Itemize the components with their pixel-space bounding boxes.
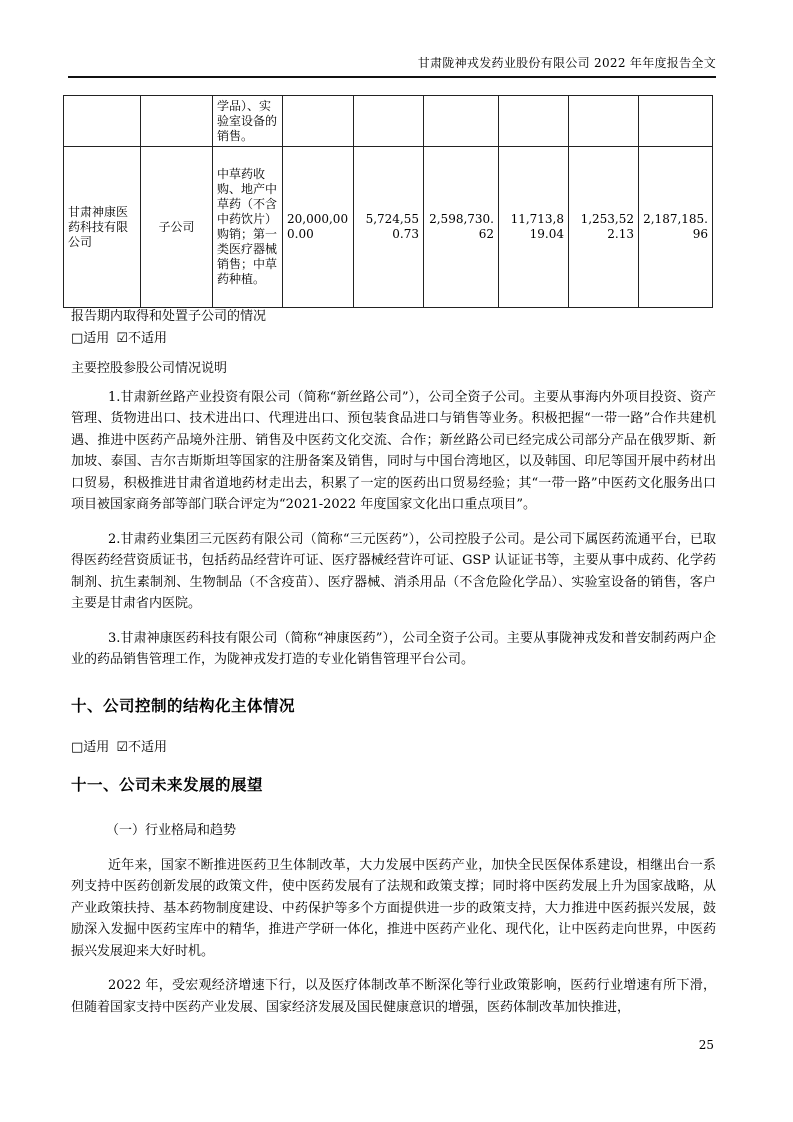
subsidiary-name-cell: 甘肃神康医药科技有限公司 bbox=[64, 147, 141, 308]
applicability-line-subsidiaries: □适用☑不适用 bbox=[71, 328, 716, 350]
numeric-cell-6: 2,187,185.96 bbox=[639, 147, 713, 308]
section-11-subtitle: （一）行业格局和趋势 bbox=[71, 820, 716, 842]
checkbox-checked-icon: ☑ bbox=[116, 331, 128, 346]
numeric-cell-5 bbox=[569, 96, 639, 147]
numeric-cell-1: 20,000,000.00 bbox=[283, 147, 354, 308]
not-applicable-label: 不适用 bbox=[128, 331, 167, 346]
checkbox-checked-icon: ☑ bbox=[116, 740, 128, 755]
numeric-cell-2: 5,724,550.73 bbox=[354, 147, 424, 308]
paragraph-2022-outlook: 2022 年，受宏观经济增速下行，以及医疗体制改革不断深化等行业政策影响，医药行… bbox=[71, 975, 716, 1018]
numeric-cell-1 bbox=[283, 96, 354, 147]
page-number: 25 bbox=[699, 1038, 714, 1052]
checkbox-unchecked-icon: □ bbox=[71, 331, 83, 346]
numeric-cell-2 bbox=[354, 96, 424, 147]
numeric-cell-6 bbox=[639, 96, 713, 147]
subsidiaries-table: 学品）、实验室设备的销售。 甘肃神康医药科技有限公司 子公司 中草药收购、地产中… bbox=[63, 95, 713, 308]
paragraph-subsidiary-2: 2.甘肃药业集团三元医药有限公司（简称“三元医药”），公司控股子公司。是公司下属… bbox=[71, 529, 716, 615]
numeric-cell-5: 1,253,522.13 bbox=[569, 147, 639, 308]
report-title: 甘肃陇神戎发药业股份有限公司 2022 年年度报告全文 bbox=[418, 56, 716, 70]
numeric-cell-4 bbox=[499, 96, 569, 147]
table-row-subsidiary: 甘肃神康医药科技有限公司 子公司 中草药收购、地产中草药（不含中药饮片）购销；第… bbox=[64, 147, 713, 308]
applicable-label: 适用 bbox=[83, 740, 109, 755]
document-body: 报告期内取得和处置子公司的情况 □适用☑不适用 主要控股参股公司情况说明 1.甘… bbox=[71, 306, 716, 1018]
applicable-label: 适用 bbox=[83, 331, 109, 346]
business-scope-cell: 学品）、实验室设备的销售。 bbox=[213, 96, 283, 147]
report-page: 甘肃陇神戎发药业股份有限公司 2022 年年度报告全文 学品）、实验室设备的销售… bbox=[0, 0, 793, 1122]
checkbox-unchecked-icon: □ bbox=[71, 740, 83, 755]
page-header: 甘肃陇神戎发药业股份有限公司 2022 年年度报告全文 bbox=[68, 54, 716, 78]
holdings-note: 主要控股参股公司情况说明 bbox=[71, 358, 716, 380]
table-row-continuation: 学品）、实验室设备的销售。 bbox=[64, 96, 713, 147]
numeric-cell-3 bbox=[424, 96, 499, 147]
paragraph-industry-trend: 近年来，国家不断推进医药卫生体制改革，大力发展中医药产业，加快全民医保体系建设，… bbox=[71, 855, 716, 963]
not-applicable-label: 不适用 bbox=[128, 740, 167, 755]
numeric-cell-4: 11,713,819.04 bbox=[499, 147, 569, 308]
business-scope-cell: 中草药收购、地产中草药（不含中药饮片）购销；第一类医疗器械销售；中草药种植。 bbox=[213, 147, 283, 308]
company-type-cell: 子公司 bbox=[141, 147, 213, 308]
subsidiary-name-cell bbox=[64, 96, 141, 147]
section-11-title: 十一、公司未来发展的展望 bbox=[71, 774, 716, 796]
section-10-title: 十、公司控制的结构化主体情况 bbox=[71, 695, 716, 717]
numeric-cell-3: 2,598,730.62 bbox=[424, 147, 499, 308]
applicability-line-section-10: □适用☑不适用 bbox=[71, 737, 716, 759]
paragraph-subsidiary-1: 1.甘肃新丝路产业投资有限公司（简称“新丝路公司”），公司全资子公司。主要从事海… bbox=[71, 387, 716, 516]
paragraph-subsidiary-3: 3.甘肃神康医药科技有限公司（简称“神康医药”），公司全资子公司。主要从事陇神戎… bbox=[71, 628, 716, 671]
acquired-disposed-note: 报告期内取得和处置子公司的情况 bbox=[71, 306, 716, 328]
company-type-cell bbox=[141, 96, 213, 147]
